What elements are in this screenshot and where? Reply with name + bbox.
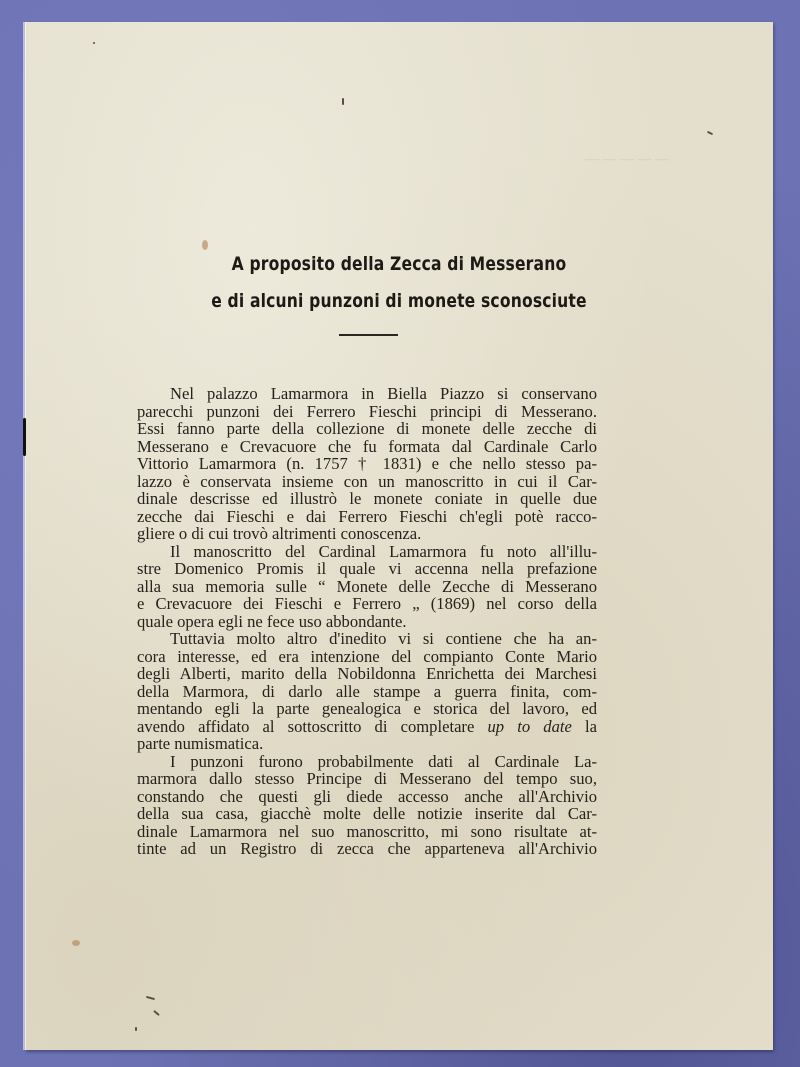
text-line: e Crevacuore dei Fieschi e Ferrero „ (18…	[137, 595, 597, 613]
show-through-text: — — — — —	[585, 152, 669, 168]
text-line: zecche dai Fieschi e dai Ferrero Fieschi…	[137, 508, 597, 526]
document-page: — — — — — A proposito della Zecca di Mes…	[25, 22, 773, 1050]
text-line: Vittorio Lamarmora (n. 1757 † 1831) e ch…	[137, 455, 597, 473]
paper-speck	[135, 1027, 137, 1031]
paper-speck	[707, 131, 713, 135]
paper-speck	[93, 42, 95, 44]
paper-speck	[146, 996, 155, 1000]
text-line: I punzoni furono probabilmente dati al C…	[137, 753, 597, 771]
text-run: la	[572, 717, 597, 736]
text-line: stre Domenico Promis il quale vi accenna…	[137, 560, 597, 578]
text-line: alla sua memoria sulle “ Monete delle Ze…	[137, 578, 597, 596]
title-divider	[339, 334, 398, 336]
paper-stain	[202, 240, 208, 250]
text-line-with-italic: avendo affidato al sottoscritto di compl…	[137, 718, 597, 736]
paper-speck	[153, 1010, 160, 1016]
text-line: Essi fanno parte della collezione di mon…	[137, 420, 597, 438]
text-line: tinte ad un Registro di zecca che appart…	[137, 840, 597, 858]
document-body: Nel palazzo Lamarmora in Biella Piazzo s…	[137, 385, 597, 858]
text-line: cora interesse, ed era intenzione del co…	[137, 648, 597, 666]
text-line: della sua casa, giacchè molte delle noti…	[137, 805, 597, 823]
text-line: marmora dallo stesso Principe di Messera…	[137, 770, 597, 788]
text-line: Messerano e Crevacuore che fu formata da…	[137, 438, 597, 456]
text-line: degli Alberti, marito della Nobildonna E…	[137, 665, 597, 683]
text-line: Tuttavia molto altro d'inedito vi si con…	[137, 630, 597, 648]
document-title-line-1: A proposito della Zecca di Messerano	[92, 253, 705, 275]
paper-speck	[342, 98, 344, 105]
text-line: mentando egli la parte genealogica e sto…	[137, 700, 597, 718]
paper-stain	[72, 940, 80, 946]
text-line: gliere o di cui trovò altrimenti conosce…	[137, 525, 597, 543]
text-line: della Marmora, di darlo alle stampe a gu…	[137, 683, 597, 701]
document-title-line-2: e di alcuni punzoni di monete sconosciut…	[92, 290, 705, 312]
text-line: lazzo è conservata insieme con un manosc…	[137, 473, 597, 491]
text-run: avendo affidato al sottoscritto di compl…	[137, 717, 487, 736]
text-line: constando che questi gli diede accesso a…	[137, 788, 597, 806]
text-line: dinale Lamarmora nel suo manoscritto, mi…	[137, 823, 597, 841]
text-line: dinale descrisse ed illustrò le monete c…	[137, 490, 597, 508]
text-line: parte numismatica.	[137, 735, 597, 753]
text-line: Il manoscritto del Cardinal Lamarmora fu…	[137, 543, 597, 561]
paper-edge-mark	[23, 418, 26, 456]
text-line: parecchi punzoni dei Ferrero Fieschi pri…	[137, 403, 597, 421]
text-line: Nel palazzo Lamarmora in Biella Piazzo s…	[137, 385, 597, 403]
italic-phrase: up to date	[487, 717, 571, 736]
text-line: quale opera egli ne fece uso abbondante.	[137, 613, 597, 631]
